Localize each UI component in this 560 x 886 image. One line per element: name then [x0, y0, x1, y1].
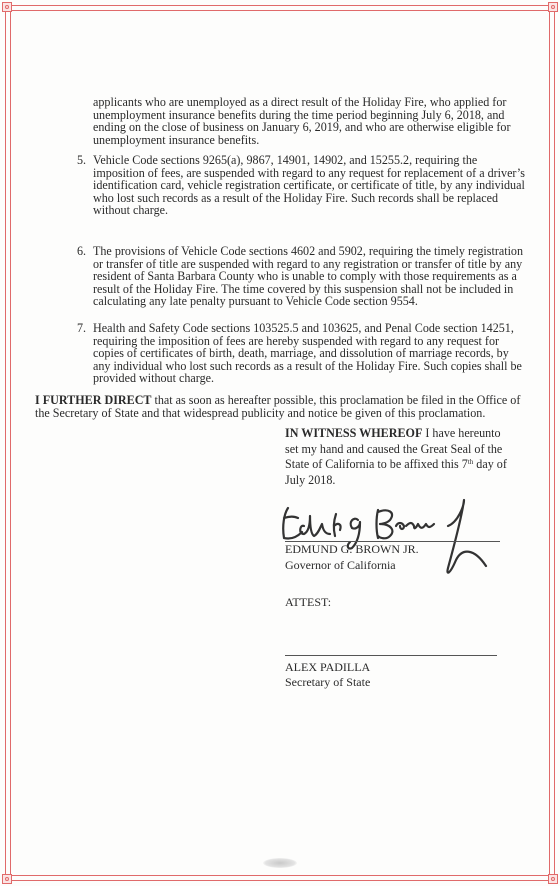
list-item: 6. The provisions of Vehicle Code sectio…	[77, 245, 527, 308]
witness-lead: IN WITNESS WHEREOF	[285, 426, 422, 440]
border-top	[10, 5, 550, 11]
continuation-paragraph: applicants who are unemployed as a direc…	[93, 96, 533, 146]
printer-seal-icon	[263, 858, 297, 868]
item-number: 5.	[77, 154, 86, 167]
item-text: Vehicle Code sections 9265(a), 9867, 149…	[93, 154, 527, 217]
witness-paragraph: IN WITNESS WHEREOF I have hereunto set m…	[285, 426, 507, 488]
border-left	[5, 10, 11, 876]
list-item: 5. Vehicle Code sections 9265(a), 9867, …	[77, 154, 527, 217]
secretary-title: Secretary of State	[285, 676, 370, 689]
item-number: 7.	[77, 322, 86, 335]
border-right	[549, 10, 555, 876]
corner-ornament-icon	[2, 874, 12, 884]
item-text: Health and Safety Code sections 103525.5…	[93, 322, 527, 385]
governor-name: EDMUND G. BROWN JR.	[285, 543, 419, 556]
corner-ornament-icon	[2, 2, 12, 12]
corner-ornament-icon	[548, 2, 558, 12]
item-text: The provisions of Vehicle Code sections …	[93, 245, 527, 308]
corner-ornament-icon	[548, 874, 558, 884]
attest-label: ATTEST:	[285, 596, 331, 609]
secretary-name: ALEX PADILLA	[285, 661, 370, 674]
further-direct-paragraph: I FURTHER DIRECT that as soon as hereaft…	[35, 394, 530, 419]
governor-title: Governor of California	[285, 559, 396, 572]
item-number: 6.	[77, 245, 86, 258]
list-item: 7. Health and Safety Code sections 10352…	[77, 322, 527, 385]
secretary-signature-line	[285, 655, 497, 656]
border-bottom	[10, 875, 550, 881]
